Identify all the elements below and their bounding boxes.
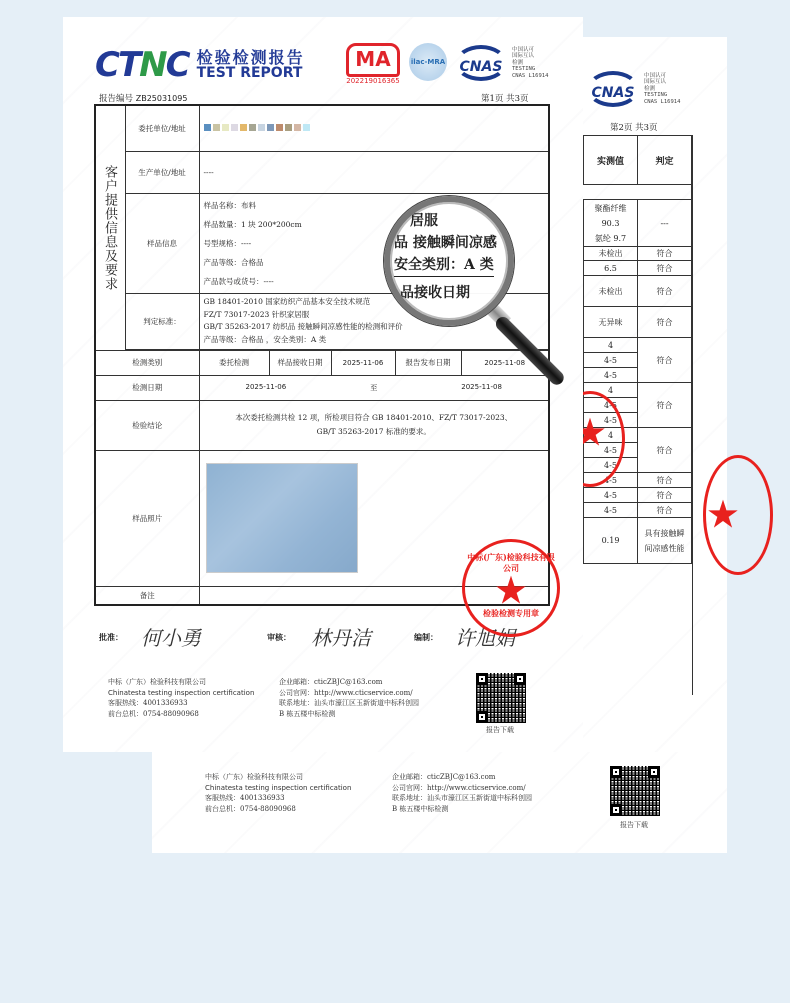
test-date-range: 2025-11-06 至 2025-11-08 xyxy=(199,375,549,400)
review-signature: 林丹洁 xyxy=(311,622,371,651)
footer-company-block: 中标（广东）检验科技有限公司 Chinatesta testing inspec… xyxy=(108,677,254,719)
header-verdict: 判定 xyxy=(638,136,692,185)
header-measured: 实测值 xyxy=(584,136,638,185)
conclusion-text: 本次委托检测共检 12 项，所检项目符合 GB 18401-2010、FZ/T … xyxy=(199,400,549,450)
qr-label: 报告下载 xyxy=(486,725,514,735)
cnas-badge: CNAS 中国认可国际互认检测TESTINGCNAS L16914 xyxy=(455,45,548,81)
review-label: 审核： xyxy=(267,632,291,643)
magnifying-glass-icon: 居服 品 接触瞬间凉感 安全类别：A 类 品接收日期 xyxy=(384,196,514,326)
standard-label: 判定标准： xyxy=(125,293,199,349)
report-page-2: CNAS 中国认可国际互认检测TESTINGCNAS L16914 第2页 共3… xyxy=(583,37,727,752)
page-indicator: 第2页 共3页 xyxy=(610,121,658,133)
issue-date-label: 报告发布日期 xyxy=(395,350,461,375)
cma-badge: MA 202219016365 xyxy=(346,43,400,85)
cnas-logo-icon: CNAS xyxy=(587,71,639,107)
report-page-1: CTNC 检验检测报告 TEST REPORT MA 202219016365 … xyxy=(63,17,583,752)
cnas-text: 中国认可国际互认检测TESTINGCNAS L16914 xyxy=(644,73,680,106)
test-type-value: 委托检测 xyxy=(199,350,269,375)
ctnc-logo-icon: CTNC xyxy=(95,45,189,85)
client-label: 委托单位/地址 xyxy=(125,105,199,151)
cma-logo-icon: MA xyxy=(346,43,400,77)
receive-date-label: 样品接收日期 xyxy=(269,350,331,375)
remark-label: 备注 xyxy=(95,586,199,605)
ctnc-logo: CTNC 检验检测报告 TEST REPORT xyxy=(95,45,305,85)
qr-code-icon[interactable] xyxy=(610,766,660,816)
approve-signature: 何小勇 xyxy=(141,622,201,651)
result-value: 聚酯纤维90.3氨纶 9.7 xyxy=(584,200,638,247)
sample-info-label: 样品信息 xyxy=(125,193,199,293)
manufacturer-value: ---- xyxy=(199,151,549,193)
receive-date-value: 2025-11-06 xyxy=(331,350,395,375)
compile-label: 编制： xyxy=(414,632,438,643)
test-date-label: 检测日期 xyxy=(95,375,199,400)
test-type-label: 检测类别 xyxy=(95,350,199,375)
client-value-redacted xyxy=(199,105,549,151)
ilac-mra-logo-icon: ilac-MRA xyxy=(409,43,447,81)
photo-label: 样品照片 xyxy=(95,450,199,586)
qr-label: 报告下载 xyxy=(620,820,648,830)
seal-stamp-partial: ★ xyxy=(703,455,773,575)
report-page-2-footer: 中标（广东）检验科技有限公司 Chinatesta testing inspec… xyxy=(152,752,727,853)
footer-contact-block: 企业邮箱：cticZBJC@163.com 公司官网：http://www.ct… xyxy=(279,677,419,719)
approve-label: 批准： xyxy=(99,632,123,643)
cnas-badge: CNAS 中国认可国际互认检测TESTINGCNAS L16914 xyxy=(587,71,680,107)
footer-contact-block: 企业邮箱：cticZBJC@163.com 公司官网：http://www.ct… xyxy=(392,772,532,814)
cnas-logo-icon: CNAS xyxy=(455,45,507,81)
report-title-en: TEST REPORT xyxy=(197,66,305,81)
page-indicator: 第1页 共3页 xyxy=(481,92,529,104)
sample-photo xyxy=(206,463,358,573)
report-number: 报告编号 ZB25031095 xyxy=(99,92,187,104)
table-border xyxy=(692,135,693,695)
manufacturer-label: 生产单位/地址 xyxy=(125,151,199,193)
conclusion-label: 检验结论 xyxy=(95,400,199,450)
report-info-table: 客户提供信息及要求 委托单位/地址 生产单位/地址 ---- 样品信息 样品名称… xyxy=(94,104,550,606)
cnas-text: 中国认可国际互认检测TESTINGCNAS L16914 xyxy=(512,47,548,80)
footer-company-block: 中标（广东）检验科技有限公司 Chinatesta testing inspec… xyxy=(205,772,351,814)
qr-code-icon[interactable] xyxy=(476,673,526,723)
report-title-cn: 检验检测报告 xyxy=(197,49,305,67)
section-label-cell: 客户提供信息及要求 xyxy=(95,105,125,350)
cma-number: 202219016365 xyxy=(346,77,400,85)
inspection-seal-stamp: 中标(广东)检验科技有限公司 ★ 检验检测专用章 xyxy=(462,539,560,637)
